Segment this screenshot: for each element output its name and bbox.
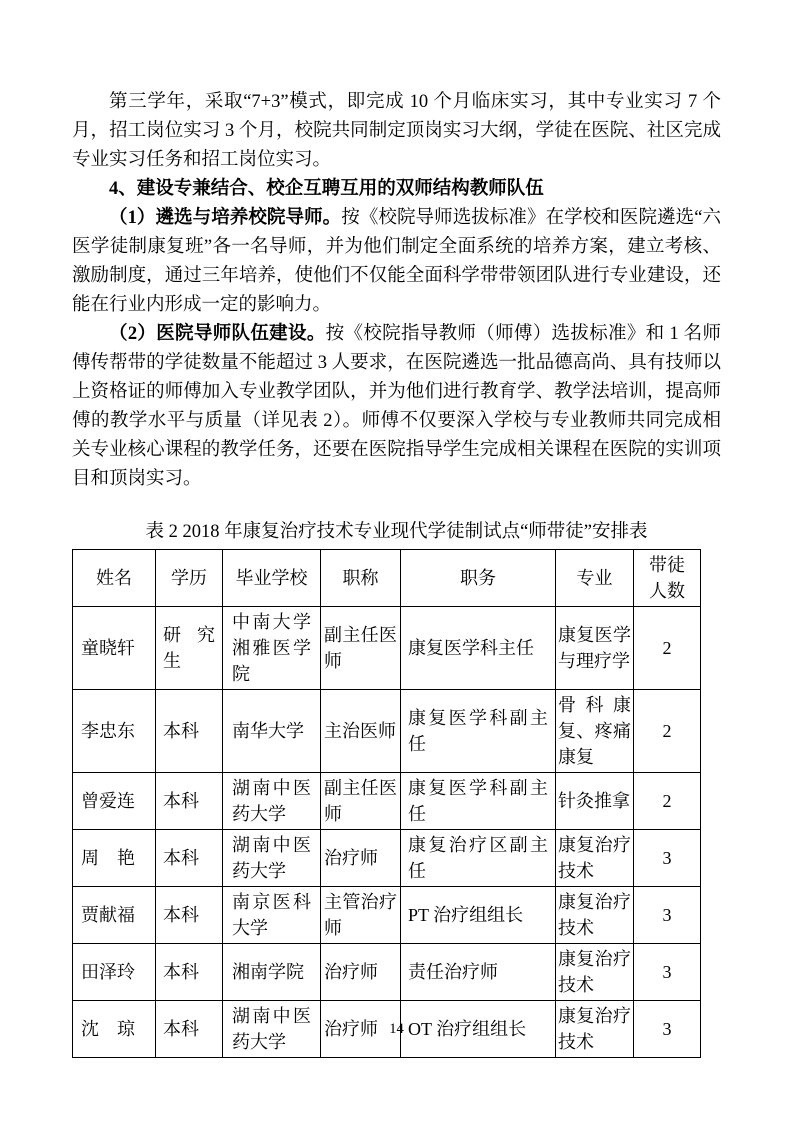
table-cell: 本科 (156, 887, 223, 944)
table-cell: 责任治疗师 (401, 944, 556, 1001)
document-page: 第三学年，采取“7+3”模式，即完成 10 个月临床实习，其中专业实习 7 个月… (0, 0, 793, 1122)
table-cell: 2 (634, 690, 701, 773)
table-cell: 2 (634, 607, 701, 690)
table-caption: 表 2 2018 年康复治疗技术专业现代学徒制试点“师带徒”安排表 (72, 518, 721, 547)
table-header-row: 姓名 学历 毕业学校 职称 职务 专业 带徒人数 (73, 550, 701, 607)
table-cell: 本科 (156, 944, 223, 1001)
table-cell: 3 (634, 944, 701, 1001)
header-cell-specialty: 专业 (556, 550, 634, 607)
table-cell: 副主任医师 (321, 773, 401, 830)
table-cell: 湖南中医药大学 (223, 830, 321, 887)
table-cell: 3 (634, 887, 701, 944)
table-row: 曾爱连本科湖南中医药大学副主任医师康复医学科副主任针灸推拿2 (73, 773, 701, 830)
table-cell: 湖南中医药大学 (223, 773, 321, 830)
page-content: 第三学年，采取“7+3”模式，即完成 10 个月临床实习，其中专业实习 7 个月… (0, 0, 793, 1058)
table-cell: 康复治疗技术 (556, 830, 634, 887)
table-cell: 本科 (156, 830, 223, 887)
table-cell: 贾献福 (73, 887, 156, 944)
table-cell: 田泽玲 (73, 944, 156, 1001)
table-row: 贾献福本科南京医科大学主管治疗师PT 治疗组组长康复治疗技术3 (73, 887, 701, 944)
table-cell: 中南大学湘雅医学院 (223, 607, 321, 690)
table-cell: 针灸推拿 (556, 773, 634, 830)
table-cell: 治疗师 (321, 944, 401, 1001)
header-cell-name: 姓名 (73, 550, 156, 607)
table-cell: 主管治疗师 (321, 887, 401, 944)
table-row: 童晓轩研究生中南大学湘雅医学院副主任医师康复医学科主任康复医学与理疗学2 (73, 607, 701, 690)
table-cell: 康复治疗技术 (556, 887, 634, 944)
header-cell-title: 职称 (321, 550, 401, 607)
table-cell: 康复医学科主任 (401, 607, 556, 690)
header-cell-education: 学历 (156, 550, 223, 607)
table-cell: 曾爱连 (73, 773, 156, 830)
paragraph-2-lead: （2）医院导师队伍建设。 (109, 324, 326, 344)
paragraph-1-lead: （1）遴选与培养校院导师。 (109, 208, 341, 228)
paragraph-2-hospital-mentor-team: （2）医院导师队伍建设。按《校院指导教师（师傅）选拔标准》和 1 名师傅传帮带的… (72, 320, 721, 494)
table-cell: 骨科康复、疼痛康复 (556, 690, 634, 773)
header-cell-apprentice-count: 带徒人数 (634, 550, 701, 607)
table-cell: PT 治疗组组长 (401, 887, 556, 944)
table-cell: 童晓轩 (73, 607, 156, 690)
table-cell: 李忠东 (73, 690, 156, 773)
table-header: 姓名 学历 毕业学校 职称 职务 专业 带徒人数 (73, 550, 701, 607)
section-heading-4: 4、建设专兼结合、校企互聘互用的双师结构教师队伍 (72, 175, 721, 204)
table-cell: 本科 (156, 773, 223, 830)
table-cell: 治疗师 (321, 830, 401, 887)
paragraph-1-mentor-selection: （1）遴选与培养校院导师。按《校院导师选拔标准》在学校和医院遴选“六医学徒制康复… (72, 204, 721, 320)
table-cell: 副主任医师 (321, 607, 401, 690)
table-cell: 康复治疗技术 (556, 944, 634, 1001)
mentor-table-body: 童晓轩研究生中南大学湘雅医学院副主任医师康复医学科主任康复医学与理疗学2李忠东本… (73, 607, 701, 1058)
table-cell: 研究生 (156, 607, 223, 690)
table-cell: 周 艳 (73, 830, 156, 887)
table-cell: 3 (634, 830, 701, 887)
table-cell: 南华大学 (223, 690, 321, 773)
table-cell: 康复医学科副主任 (401, 690, 556, 773)
table-cell: 康复治疗区副主任 (401, 830, 556, 887)
paragraph-2-body: 按《校院指导教师（师傅）选拔标准》和 1 名师傅传帮带的学徒数量不能超过 3 人… (72, 324, 721, 489)
table-cell: 本科 (156, 690, 223, 773)
table-row: 周 艳本科湖南中医药大学治疗师康复治疗区副主任康复治疗技术3 (73, 830, 701, 887)
table-cell: 2 (634, 773, 701, 830)
table-cell: 湘南学院 (223, 944, 321, 1001)
table-cell: 康复医学科副主任 (401, 773, 556, 830)
table-cell: 南京医科大学 (223, 887, 321, 944)
table-row: 李忠东本科南华大学主治医师康复医学科副主任骨科康复、疼痛康复2 (73, 690, 701, 773)
table-cell: 主治医师 (321, 690, 401, 773)
table-row: 田泽玲本科湘南学院治疗师责任治疗师康复治疗技术3 (73, 944, 701, 1001)
header-cell-school: 毕业学校 (223, 550, 321, 607)
table-cell: 康复医学与理疗学 (556, 607, 634, 690)
header-cell-position: 职务 (401, 550, 556, 607)
mentor-assignment-table: 姓名 学历 毕业学校 职称 职务 专业 带徒人数 童晓轩研究生中南大学湘雅医学院… (72, 549, 701, 1058)
paragraph-third-year: 第三学年，采取“7+3”模式，即完成 10 个月临床实习，其中专业实习 7 个月… (72, 88, 721, 175)
page-number: 14 (0, 1020, 793, 1038)
